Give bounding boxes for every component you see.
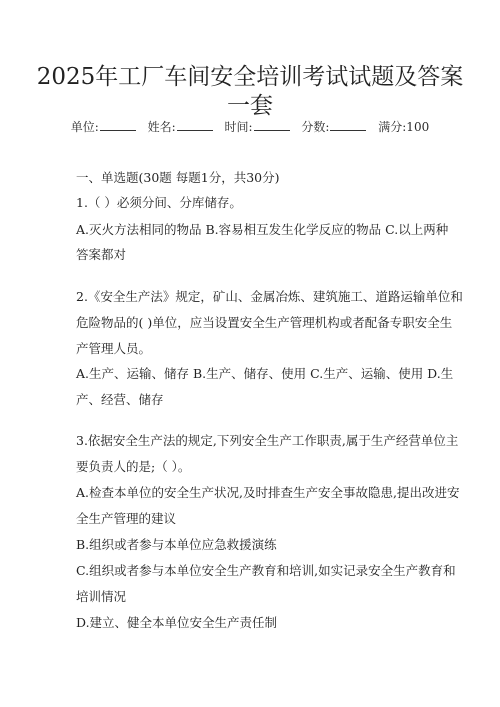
- document-page: 2025年工厂车间安全培训考试试题及答案 一套 单位: 姓名: 时间: 分数: …: [0, 0, 500, 707]
- question-text: 危险物品的( )单位，应当设置安全生产管理机构或者配备专职安全生: [76, 314, 426, 332]
- full-score: 满分:100: [378, 120, 429, 134]
- question-text: 产管理人员。: [76, 340, 426, 358]
- blank-line: [177, 118, 213, 131]
- question-text: 2.《安全生产法》规定，矿山、金属冶炼、建筑施工、道路运输单位和: [76, 288, 426, 306]
- question-options: A.灭火方法相同的物品 B.容易相互发生化学反应的物品 C.以上两种: [76, 221, 426, 239]
- info-field-unit: 单位:: [71, 120, 136, 134]
- blank-line: [330, 118, 366, 131]
- info-field-name: 姓名:: [148, 120, 213, 134]
- question-text: 1.（ ）必须分间、分库储存。: [76, 194, 426, 212]
- exam-info-row: 单位: 姓名: 时间: 分数: 满分:100: [0, 117, 500, 137]
- question-options: 产、经营、储存: [76, 391, 426, 409]
- question-options: A.检查本单位的安全生产状况,及时排查生产安全事故隐患,提出改进安: [76, 484, 426, 502]
- info-field-score: 分数:: [301, 120, 366, 134]
- question-text: 要负责人的是;（ ）。: [76, 458, 426, 476]
- document-title-line-2: 一套: [0, 92, 500, 120]
- question-options: B.组织或者参与本单位应急救援演练: [76, 536, 426, 554]
- question-options: 培训情况: [76, 588, 426, 606]
- question-options: D.建立、健全本单位安全生产责任制: [76, 614, 426, 632]
- document-title-line-1: 2025年工厂车间安全培训考试试题及答案: [0, 63, 500, 91]
- question-options: C.组织或者参与本单位安全生产教育和培训,如实记录安全生产教育和: [76, 562, 426, 580]
- question-options: 全生产管理的建议: [76, 510, 426, 528]
- question-text: 3.依据安全生产法的规定,下列安全生产工作职责,属于生产经营单位主: [76, 432, 426, 450]
- question-options: 答案都对: [76, 246, 426, 264]
- section-header: 一、单选题(30题 每题1分，共30分): [76, 169, 426, 187]
- question-options: A.生产、运输、储存 B.生产、储存、使用 C.生产、运输、使用 D.生: [76, 365, 426, 383]
- blank-line: [254, 118, 290, 131]
- blank-line: [100, 118, 136, 131]
- info-field-time: 时间:: [225, 120, 290, 134]
